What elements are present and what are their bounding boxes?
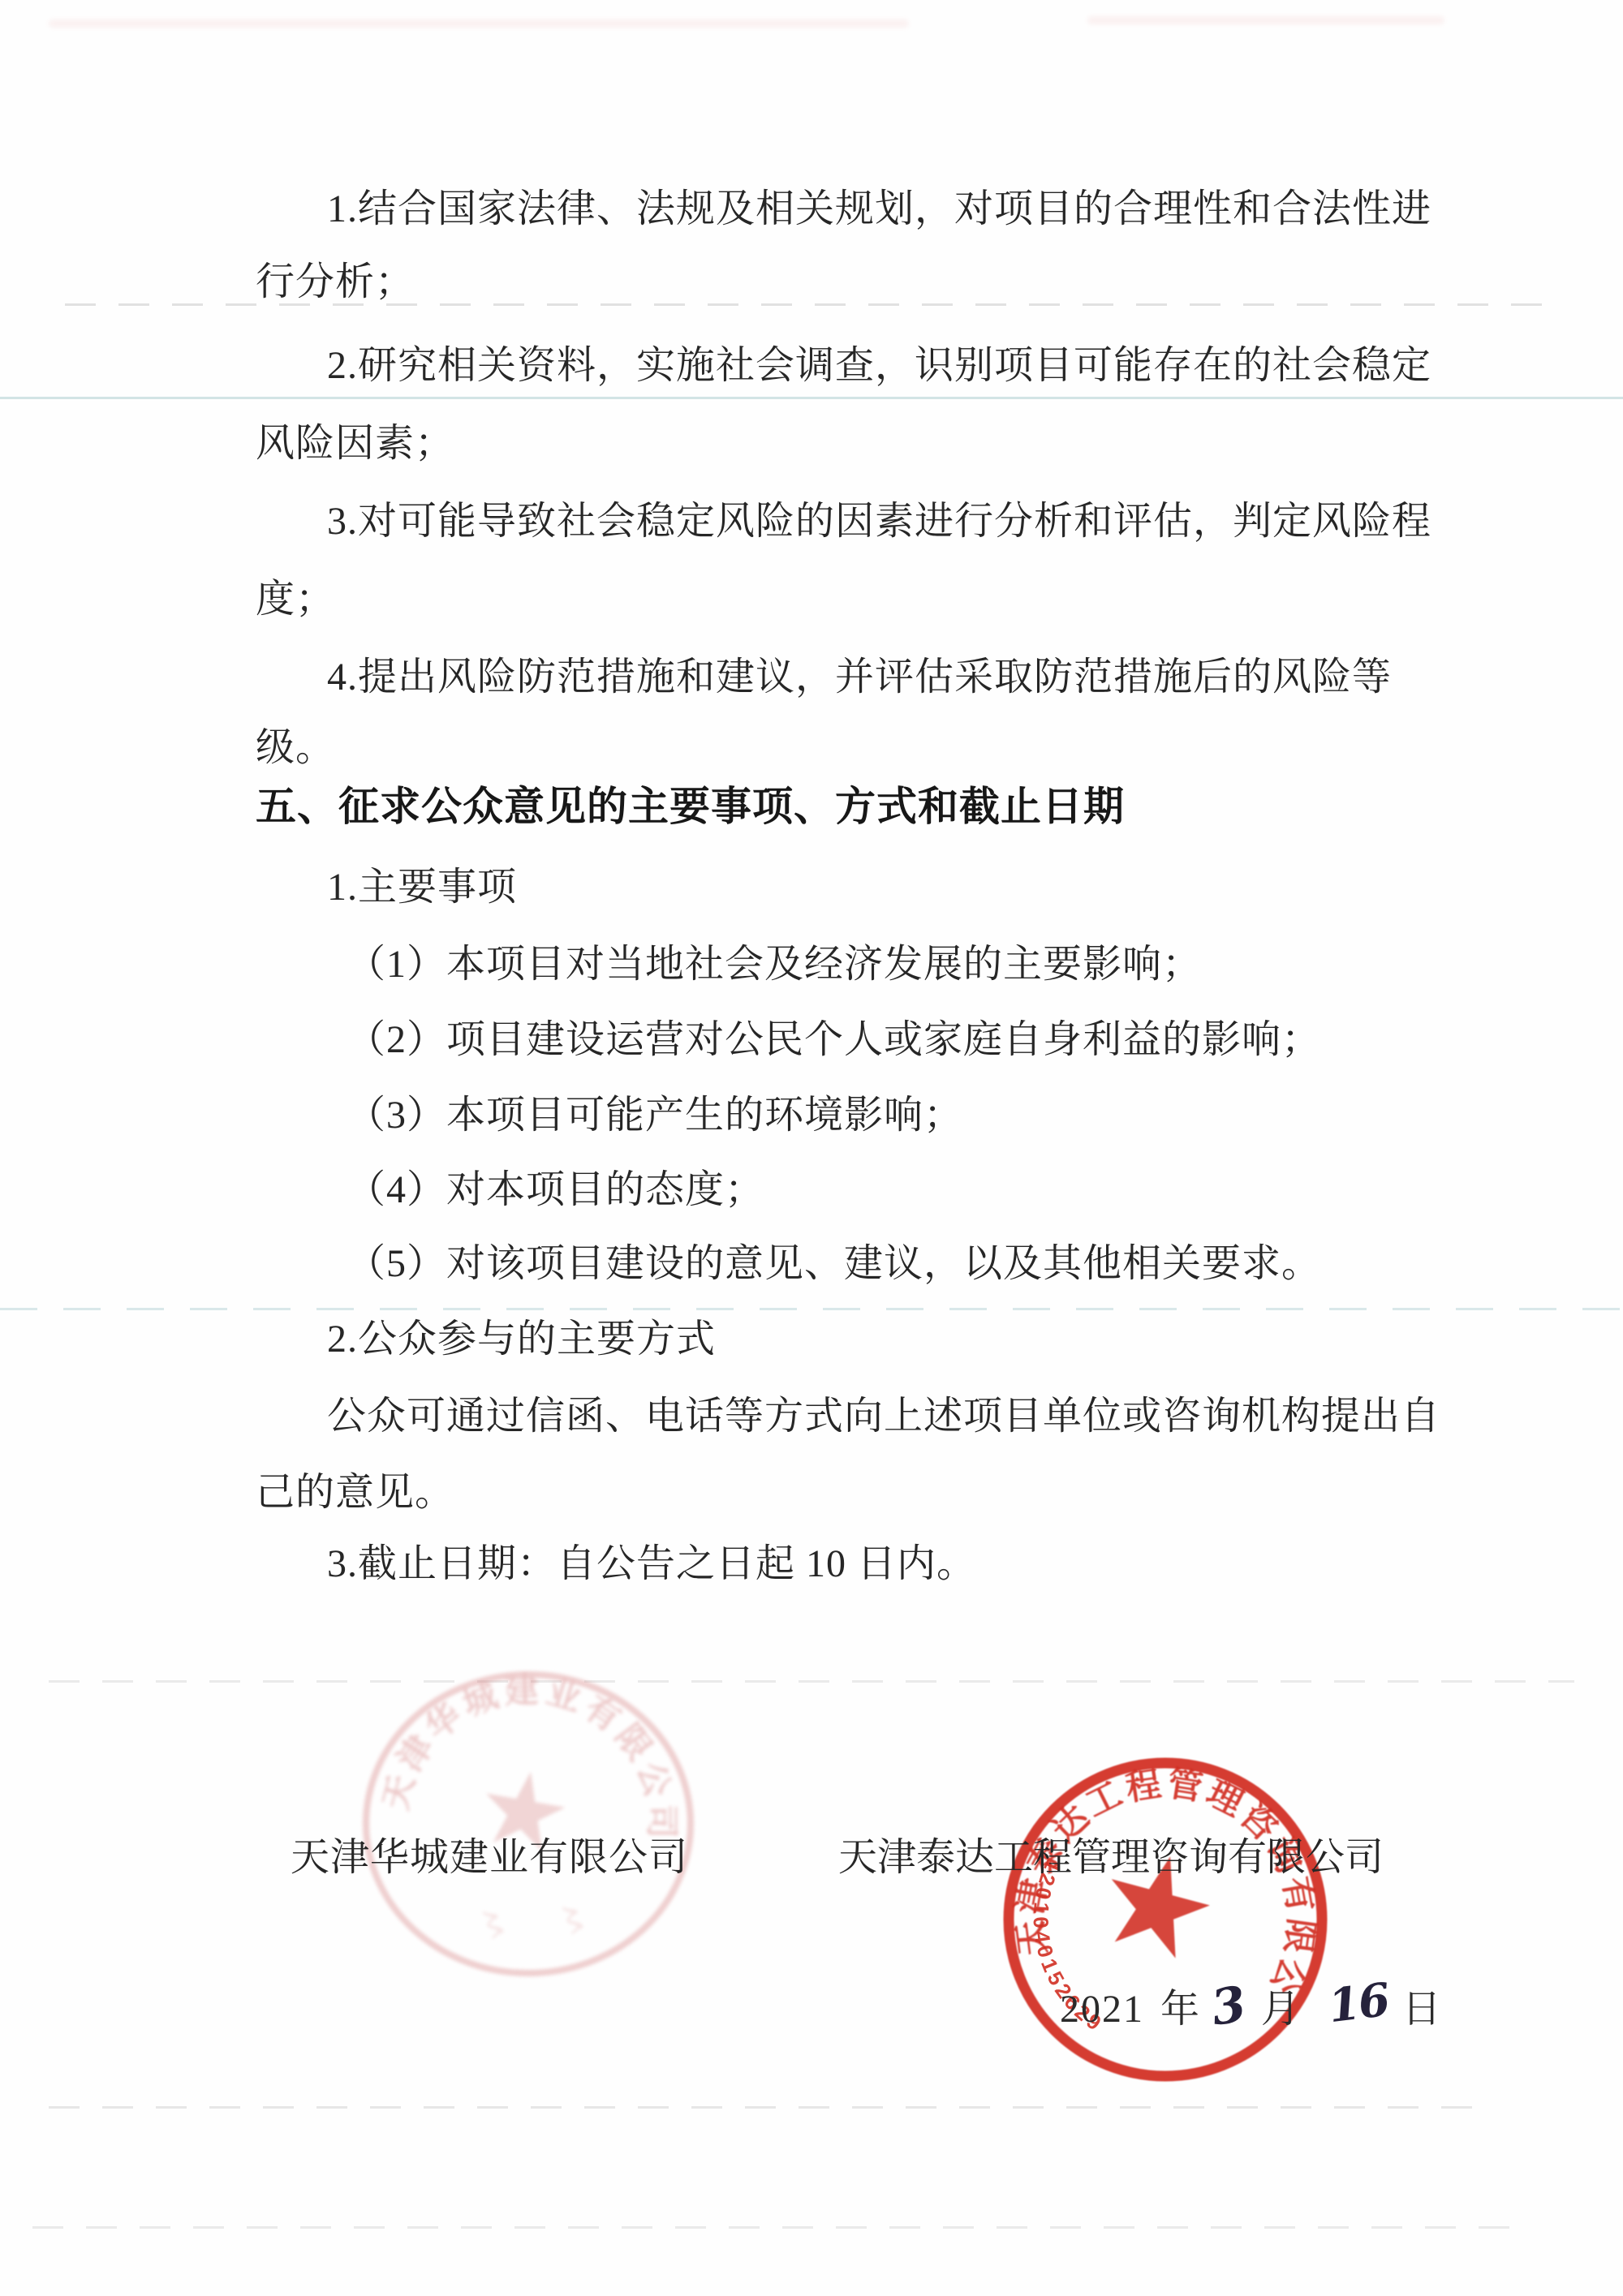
body-line: 1.主要事项 (256, 863, 1401, 912)
body-line: 风险因素； (256, 419, 1401, 468)
body-line: （3）本项目可能产生的环境影响； (256, 1091, 1401, 1140)
scan-artifact-line (32, 2226, 1509, 2229)
body-line: 己的意见。 (256, 1468, 1401, 1517)
scan-smudge (49, 19, 909, 28)
body-line: 3.对可能导致社会稳定风险的因素进行分析和评估，判定风险程 (256, 497, 1401, 546)
body-line: 3.截止日期：自公告之日起 10 日内。 (256, 1540, 1401, 1589)
body-line: （4）对本项目的态度； (256, 1166, 1401, 1215)
body-line: 行分析； (256, 258, 1401, 307)
date-day-unit: 日 (1402, 1987, 1443, 2032)
date-year: 2021 (1060, 1987, 1144, 2032)
signature-date: 2021 年 3 月 16 日 (1060, 1984, 1443, 2032)
body-line: 级。 (256, 724, 1401, 772)
scanned-document-page: 1.结合国家法律、法规及相关规划，对项目的合理性和合法性进 行分析； 2.研究相… (0, 0, 1623, 2296)
scan-artifact-line (0, 1308, 1623, 1310)
scan-artifact-line (49, 1680, 1574, 1683)
body-line: （1）本项目对当地社会及经济发展的主要影响； (256, 940, 1401, 989)
body-line: 2.研究相关资料，实施社会调查，识别项目可能存在的社会稳定 (256, 342, 1401, 390)
date-month-unit: 月 (1261, 1987, 1302, 2032)
body-line: 4.提出风险防范措施和建议，并评估采取防范措施后的风险等 (256, 653, 1401, 702)
seal-ghost-mark: 〻 (552, 1898, 594, 1941)
company-seal-right: 天津泰达工程管理咨询有限公司 1201040152629 (994, 1748, 1343, 2089)
scan-artifact-line (49, 2106, 1477, 2109)
body-line: 公众可通过信函、电话等方式向上述项目单位或咨询机构提出自 (256, 1392, 1401, 1441)
body-line: 2.公众参与的主要方式 (256, 1315, 1401, 1364)
date-day-handwritten: 16 (1326, 1977, 1391, 2030)
company-seal-left: 天津华城建业有限公司 〻 〻 (349, 1655, 714, 1996)
scan-artifact-line (0, 397, 1623, 399)
scan-smudge (1087, 16, 1444, 24)
body-line: 度； (256, 575, 1401, 624)
body-line: （5）对该项目建设的意见、建议，以及其他相关要求。 (256, 1240, 1401, 1288)
section-heading: 五、征求公众意见的主要事项、方式和截止日期 (256, 784, 1125, 829)
company-name-right: 天津泰达工程管理咨询有限公司 (838, 1835, 1384, 1881)
body-line: 1.结合国家法律、法规及相关规划，对项目的合理性和合法性进 (256, 185, 1401, 234)
seal-ghost-mark: 〻 (472, 1903, 514, 1946)
body-line: （2）项目建设运营对公民个人或家庭自身利益的影响； (256, 1016, 1401, 1064)
company-name-left: 天津华城建业有限公司 (291, 1835, 688, 1881)
date-month-handwritten: 3 (1208, 1981, 1249, 2032)
date-year-unit: 年 (1160, 1987, 1201, 2032)
